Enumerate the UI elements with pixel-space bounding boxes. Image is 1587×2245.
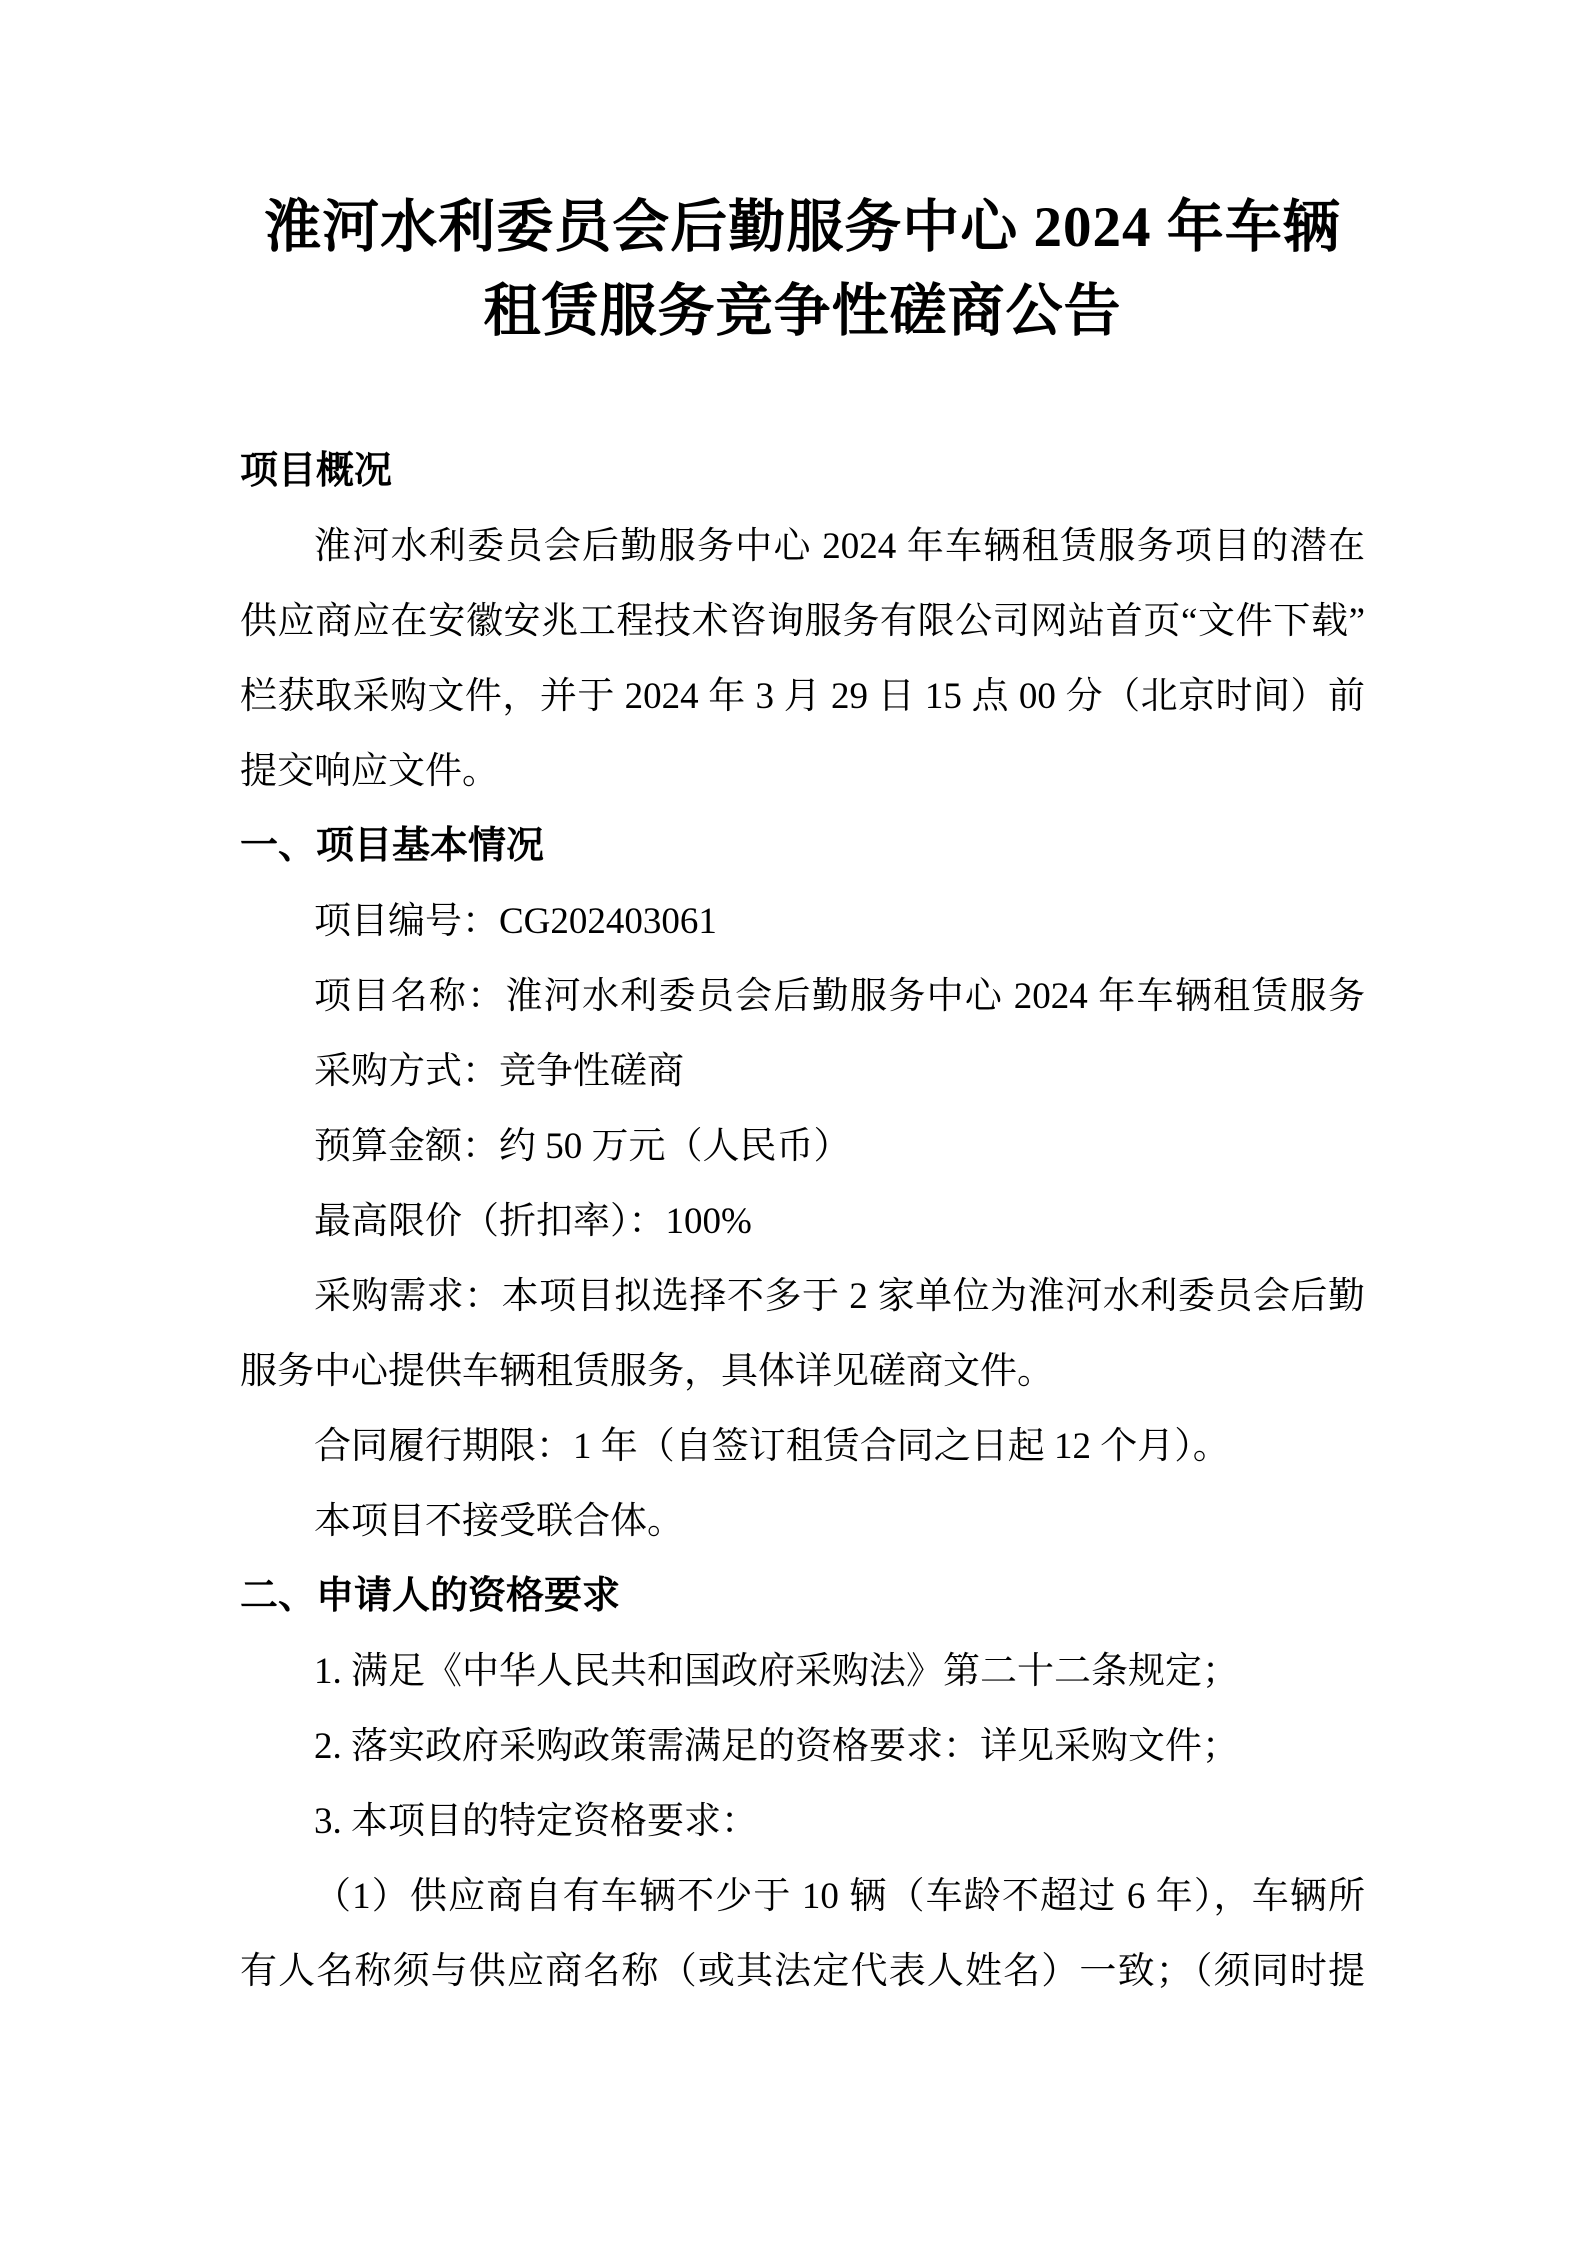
procurement-demand-line: 服务中心提供车辆租赁服务，具体详见磋商文件。 [240,1334,1365,1409]
budget-line: 预算金额：约 50 万元（人民币） [240,1109,1365,1184]
section-heading-basic-info: 一、项目基本情况 [240,809,1365,884]
document-title: 淮河水利委员会后勤服务中心 2024 年车辆 租赁服务竞争性磋商公告 [240,186,1365,354]
document-page: 淮河水利委员会后勤服务中心 2024 年车辆 租赁服务竞争性磋商公告 项目概况淮… [0,0,1587,2245]
paragraph-line: 淮河水利委员会后勤服务中心 2024 年车辆租赁服务项目的潜在 [240,509,1365,584]
qualification-item-3: 3. 本项目的特定资格要求： [240,1784,1365,1859]
qualification-item-1: 1. 满足《中华人民共和国政府采购法》第二十二条规定； [240,1634,1365,1709]
paragraph-line: 栏获取采购文件，并于 2024 年 3 月 29 日 15 点 00 分（北京时… [240,659,1365,734]
consortium-line: 本项目不接受联合体。 [240,1484,1365,1559]
procurement-method-line: 采购方式：竞争性磋商 [240,1034,1365,1109]
project-name-line: 项目名称：淮河水利委员会后勤服务中心 2024 年车辆租赁服务 [240,959,1365,1034]
qualification-item-3-1: （1）供应商自有车辆不少于 10 辆（车龄不超过 6 年），车辆所 [240,1859,1365,1934]
paragraph-line: 供应商应在安徽安兆工程技术咨询服务有限公司网站首页“文件下载” [240,584,1365,659]
contract-term-line: 合同履行期限：1 年（自签订租赁合同之日起 12 个月）。 [240,1409,1365,1484]
qualification-item-3-1: 有人名称须与供应商名称（或其法定代表人姓名）一致；（须同时提 [240,1934,1365,2009]
project-number-line: 项目编号：CG202403061 [240,884,1365,959]
document-title-line-2: 租赁服务竞争性磋商公告 [240,270,1365,354]
price-limit-line: 最高限价（折扣率）：100% [240,1184,1365,1259]
qualification-item-2: 2. 落实政府采购政策需满足的资格要求：详见采购文件； [240,1709,1365,1784]
document-title-line-1: 淮河水利委员会后勤服务中心 2024 年车辆 [240,186,1365,270]
section-heading-overview: 项目概况 [240,434,1365,509]
paragraph-line: 提交响应文件。 [240,734,1365,809]
procurement-demand-line: 采购需求：本项目拟选择不多于 2 家单位为淮河水利委员会后勤 [240,1259,1365,1334]
section-heading-qualification: 二、申请人的资格要求 [240,1559,1365,1634]
document-body: 项目概况淮河水利委员会后勤服务中心 2024 年车辆租赁服务项目的潜在供应商应在… [240,434,1365,2009]
